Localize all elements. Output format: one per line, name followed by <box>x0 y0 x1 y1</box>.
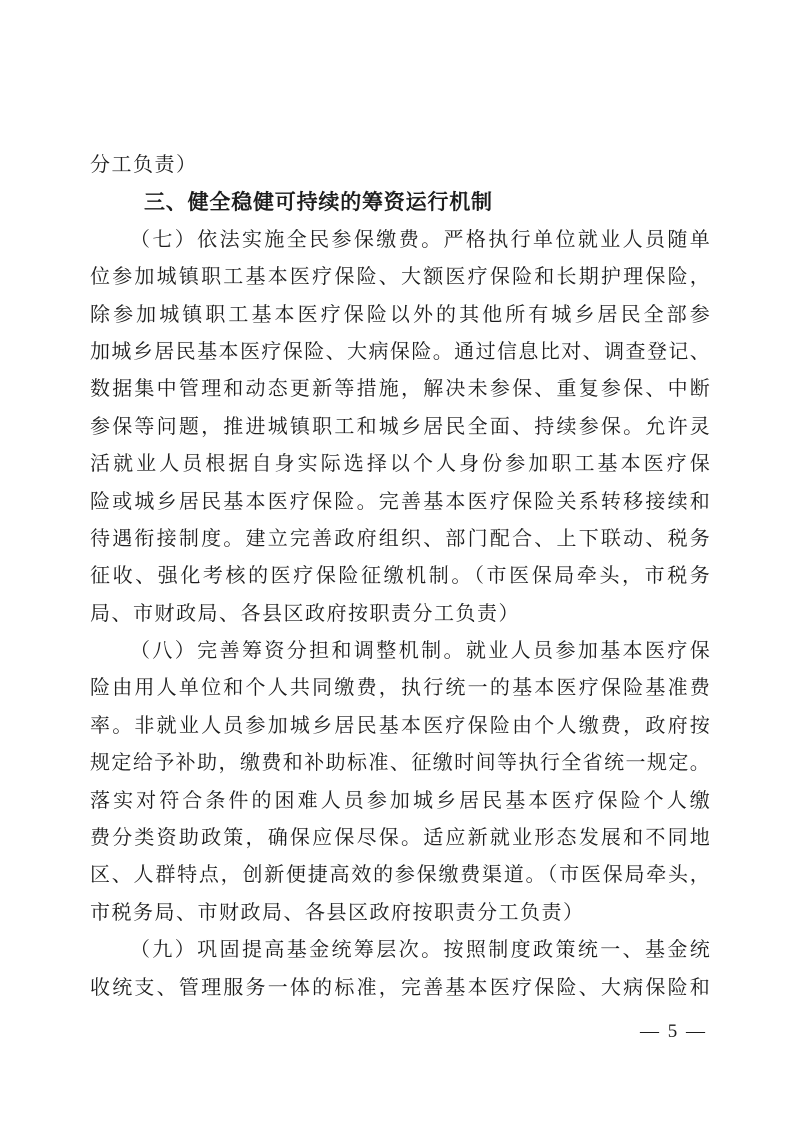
document-body: 分工负责） 三、健全稳健可持续的筹资运行机制 （七）依法实施全民参保缴费。严格执… <box>90 147 710 1007</box>
text-line: 率。非就业人员参加城乡居民基本医疗保险由个人缴费，政府按 <box>90 708 710 745</box>
text-line: （八）完善筹资分担和调整机制。就业人员参加基本医疗保 <box>90 633 710 670</box>
text-line: 除参加城镇职工基本医疗保险以外的其他所有城乡居民全部参 <box>90 297 710 334</box>
text-line: 参保等问题，推进城镇职工和城乡居民全面、持续参保。允许灵 <box>90 409 710 446</box>
text-line: 加城乡居民基本医疗保险、大病保险。通过信息比对、调查登记、 <box>90 334 710 371</box>
text-line: （七）依法实施全民参保缴费。严格执行单位就业人员随单 <box>90 222 710 259</box>
text-line: 活就业人员根据自身实际选择以个人身份参加职工基本医疗保 <box>90 446 710 483</box>
text-line: 收统支、管理服务一体的标准，完善基本医疗保险、大病保险和 <box>90 970 710 1007</box>
text-line: 费分类资助政策，确保应保尽保。适应新就业形态发展和不同地 <box>90 820 710 857</box>
text-line: 落实对符合条件的困难人员参加城乡居民基本医疗保险个人缴 <box>90 783 710 820</box>
text-line: 规定给予补助，缴费和补助标准、征缴时间等执行全省统一规定。 <box>90 745 710 782</box>
text-line: 数据集中管理和动态更新等措施，解决未参保、重复参保、中断 <box>90 371 710 408</box>
text-line: 市税务局、市财政局、各县区政府按职责分工负责） <box>90 895 710 932</box>
text-line: 位参加城镇职工基本医疗保险、大额医疗保险和长期护理保险， <box>90 259 710 296</box>
text-line: 局、市财政局、各县区政府按职责分工负责） <box>90 596 710 633</box>
text-line: 分工负责） <box>90 147 710 184</box>
text-line: 险由用人单位和个人共同缴费，执行统一的基本医疗保险基准费 <box>90 670 710 707</box>
text-line: 待遇衔接制度。建立完善政府组织、部门配合、上下联动、税务 <box>90 521 710 558</box>
document-page: 分工负责） 三、健全稳健可持续的筹资运行机制 （七）依法实施全民参保缴费。严格执… <box>0 0 793 1121</box>
section-heading: 三、健全稳健可持续的筹资运行机制 <box>90 184 710 221</box>
text-line: 险或城乡居民基本医疗保险。完善基本医疗保险关系转移接续和 <box>90 484 710 521</box>
text-line: 区、人群特点，创新便捷高效的参保缴费渠道。（市医保局牵头， <box>90 857 710 894</box>
text-line: 征收、强化考核的医疗保险征缴机制。（市医保局牵头，市税务 <box>90 558 710 595</box>
page-number: — 5 — <box>640 1017 707 1047</box>
text-line: （九）巩固提高基金统筹层次。按照制度政策统一、基金统 <box>90 932 710 969</box>
